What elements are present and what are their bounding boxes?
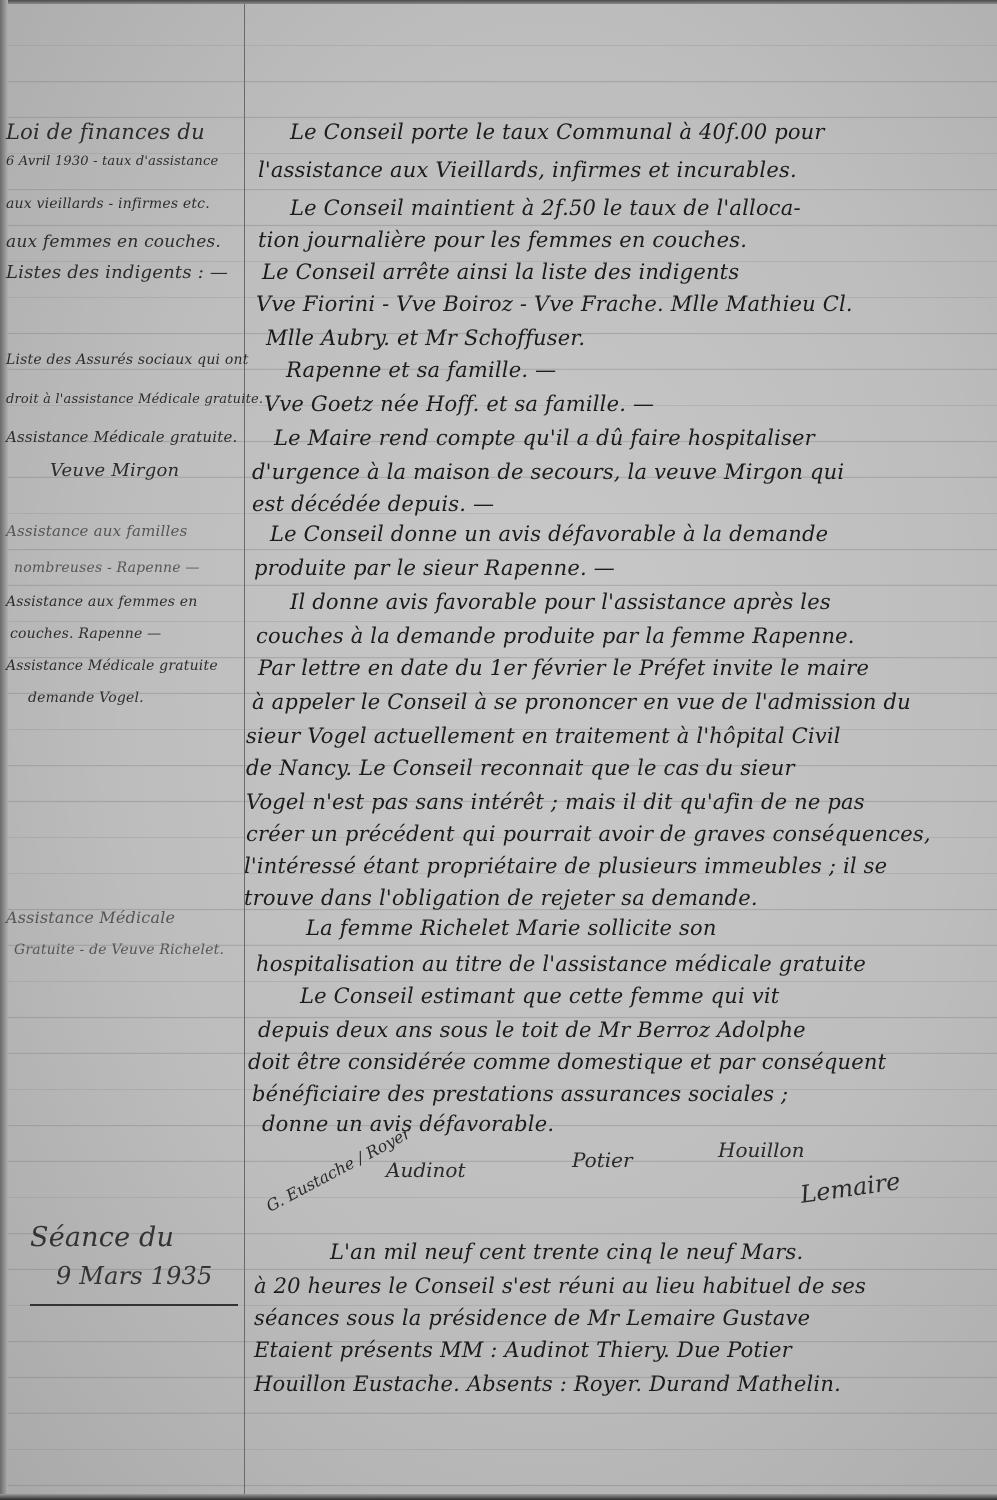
ledger-page: Loi de finances du 6 Avril 1930 - taux d…: [0, 0, 997, 1500]
margin-note: 6 Avril 1930 - taux d'assistance: [6, 154, 218, 169]
margin-note: Listes des indigents : —: [6, 262, 228, 283]
margin-note: demande Vogel.: [28, 690, 144, 706]
body-line: doit être considérée comme domestique et…: [248, 1050, 886, 1074]
body-line: de Nancy. Le Conseil reconnait que le ca…: [246, 756, 795, 780]
margin-note: Liste des Assurés sociaux qui ont: [6, 352, 249, 368]
margin-note: droit à l'assistance Médicale gratuite.: [6, 392, 263, 407]
margin-note: Assistance aux femmes en: [6, 594, 197, 610]
body-line: l'assistance aux Vieillards, infirmes et…: [258, 158, 797, 182]
signature-houillon: Houillon: [718, 1138, 804, 1162]
body-line: Vve Fiorini - Vve Boiroz - Vve Frache. M…: [256, 292, 853, 316]
body-line: Le Conseil maintient à 2f.50 le taux de …: [290, 196, 801, 220]
margin-note: Gratuite - de Veuve Richelet.: [14, 942, 224, 958]
margin-note: Assistance aux familles: [6, 522, 188, 540]
margin-note: couches. Rapenne —: [10, 626, 161, 642]
body-line: Il donne avis favorable pour l'assistanc…: [290, 590, 831, 614]
body-line: Le Conseil porte le taux Communal à 40f.…: [290, 120, 825, 144]
margin-rule: [244, 0, 245, 1500]
seance-line: à 20 heures le Conseil s'est réuni au li…: [254, 1274, 866, 1298]
body-line: depuis deux ans sous le toit de Mr Berro…: [258, 1018, 806, 1042]
margin-note: Assistance Médicale gratuite: [6, 658, 218, 674]
body-line: est décédée depuis. —: [252, 492, 494, 516]
body-line: couches à la demande produite par la fem…: [256, 624, 855, 648]
body-line: à appeler le Conseil à se prononcer en v…: [252, 690, 911, 714]
body-line: Le Conseil estimant que cette femme qui …: [300, 984, 779, 1008]
body-line: Par lettre en date du 1er février le Pré…: [258, 656, 869, 680]
margin-note: aux vieillards - infirmes etc.: [6, 196, 210, 212]
body-line: créer un précédent qui pourrait avoir de…: [246, 822, 931, 846]
margin-note: Assistance Médicale: [6, 908, 175, 927]
body-line: Vve Goetz née Hoff. et sa famille. —: [264, 392, 654, 416]
body-line: sieur Vogel actuellement en traitement à…: [246, 724, 841, 748]
seance-line: séances sous la présidence de Mr Lemaire…: [254, 1306, 810, 1330]
seance-date: 9 Mars 1935: [56, 1262, 212, 1290]
body-line: trouve dans l'obligation de rejeter sa d…: [244, 886, 758, 910]
seance-line: L'an mil neuf cent trente cinq le neuf M…: [330, 1240, 803, 1264]
body-line: Rapenne et sa famille. —: [286, 358, 556, 382]
body-line: hospitalisation au titre de l'assistance…: [256, 952, 866, 976]
margin-note: nombreuses - Rapenne —: [14, 560, 200, 576]
body-line: Le Conseil arrête ainsi la liste des ind…: [262, 260, 739, 284]
seance-line: Etaient présents MM : Audinot Thiery. Du…: [254, 1338, 792, 1362]
body-line: d'urgence à la maison de secours, la veu…: [252, 460, 844, 484]
body-line: Vogel n'est pas sans intérêt ; mais il d…: [246, 790, 865, 814]
page-bottom-edge: [0, 1494, 997, 1500]
seance-line: Houillon Eustache. Absents : Royer. Dura…: [254, 1372, 841, 1396]
seance-heading: Séance du: [30, 1222, 174, 1253]
signature-audinot: Audinot: [386, 1158, 465, 1182]
seance-underline: [30, 1304, 238, 1306]
page-top-edge: [0, 0, 997, 4]
body-line: bénéficiaire des prestations assurances …: [252, 1082, 788, 1106]
body-line: produite par le sieur Rapenne. —: [254, 556, 615, 580]
body-line: Mlle Aubry. et Mr Schoffuser.: [266, 326, 585, 350]
page-binding-edge: [0, 0, 8, 1500]
body-line: Le Conseil donne un avis défavorable à l…: [270, 522, 828, 546]
margin-note: aux femmes en couches.: [6, 232, 221, 252]
margin-note: Veuve Mirgon: [50, 460, 179, 481]
margin-note: Assistance Médicale gratuite.: [6, 428, 238, 446]
body-line: Le Maire rend compte qu'il a dû faire ho…: [274, 426, 815, 450]
body-line: l'intéressé étant propriétaire de plusie…: [244, 854, 887, 878]
signature-potier: Potier: [572, 1148, 633, 1172]
margin-note-heading: Loi de finances du: [6, 120, 205, 144]
body-line: La femme Richelet Marie sollicite son: [306, 916, 717, 940]
body-line: tion journalière pour les femmes en couc…: [258, 228, 747, 252]
